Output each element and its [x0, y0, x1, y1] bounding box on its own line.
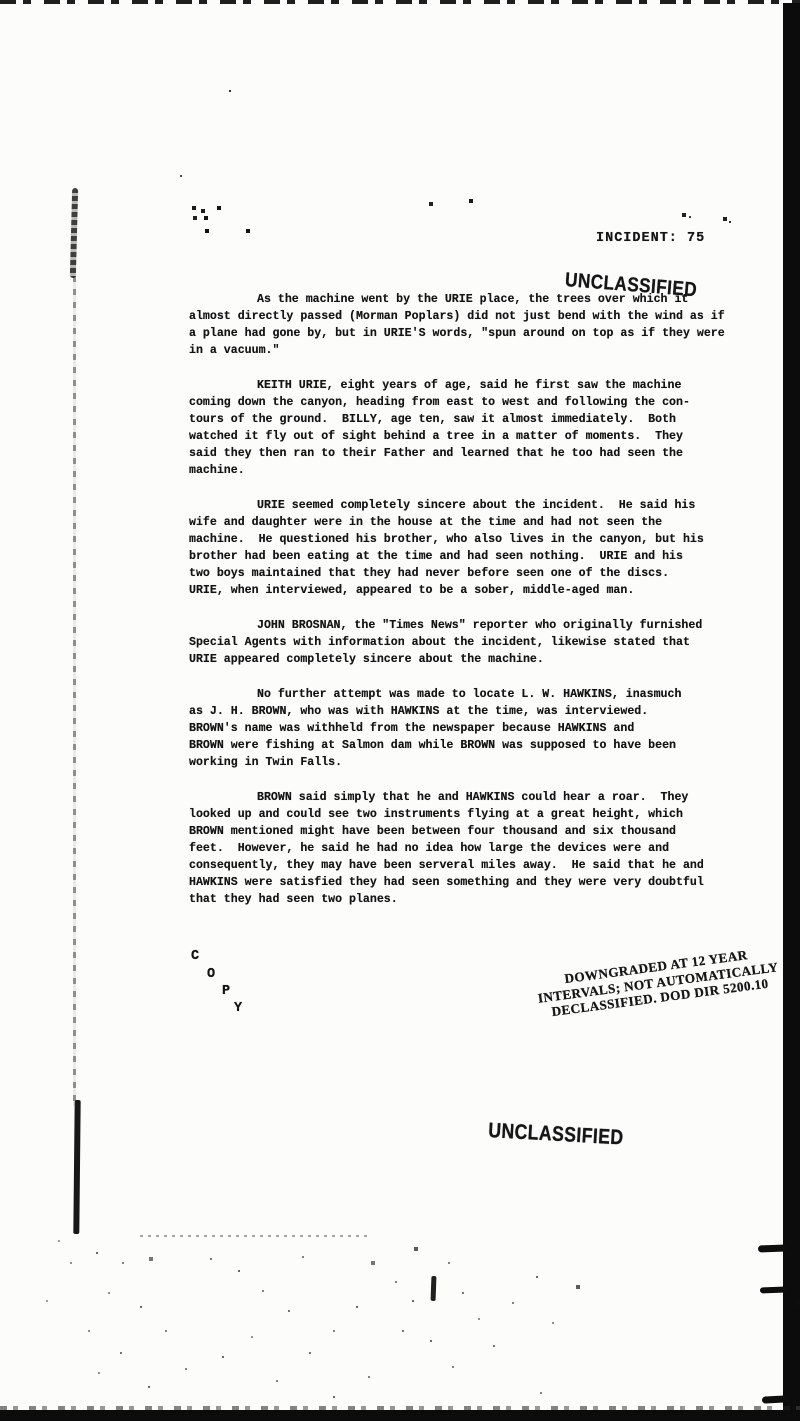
copy-mark-letter: Y: [234, 1001, 242, 1016]
paragraph: BROWN said simply that he and HAWKINS co…: [189, 789, 749, 908]
scan-dotted-artifact-line: [140, 1235, 368, 1237]
paragraph: JOHN BROSNAN, the "Times News" reporter …: [189, 617, 749, 668]
paragraph: KEITH URIE, eight years of age, said he …: [189, 377, 749, 479]
paragraph: No further attempt was made to locate L.…: [189, 686, 749, 771]
scan-noise-specks: [0, 0, 2, 2]
scan-edge-tick-mark: [758, 1245, 786, 1253]
scan-left-binding-line: [73, 276, 76, 1106]
scan-edge-tick-mark: [762, 1395, 789, 1403]
scan-right-black-bar: [783, 3, 800, 1421]
paragraph: As the machine went by the URIE place, t…: [189, 291, 749, 359]
downgrade-notice-stamp: DOWNGRADED AT 12 YEAR INTERVALS; NOT AUT…: [522, 942, 794, 1023]
scan-edge-tick-nub: [795, 1301, 800, 1305]
copy-mark-letter: P: [222, 984, 230, 999]
scan-edge-tick-mark: [760, 1287, 786, 1294]
document-body: As the machine went by the URIE place, t…: [189, 291, 749, 926]
paragraph: URIE seemed completely sincere about the…: [189, 497, 749, 599]
scan-ink-streak: [431, 1276, 437, 1301]
scan-bottom-black-bar: [0, 1410, 800, 1421]
copy-mark-letter: O: [207, 967, 215, 982]
copy-mark-letter: C: [191, 949, 199, 964]
scan-left-binding-line: [73, 1100, 80, 1234]
unclassified-stamp-bottom: UNCLASSIFIED: [488, 1119, 625, 1151]
incident-number-heading: INCIDENT: 75: [596, 231, 705, 246]
scanned-document-page: { "colors": { "paper": "#fcfcfa", "ink":…: [0, 0, 800, 1421]
scan-top-edge-line: [0, 0, 800, 4]
scan-left-binding-line: [70, 188, 78, 278]
